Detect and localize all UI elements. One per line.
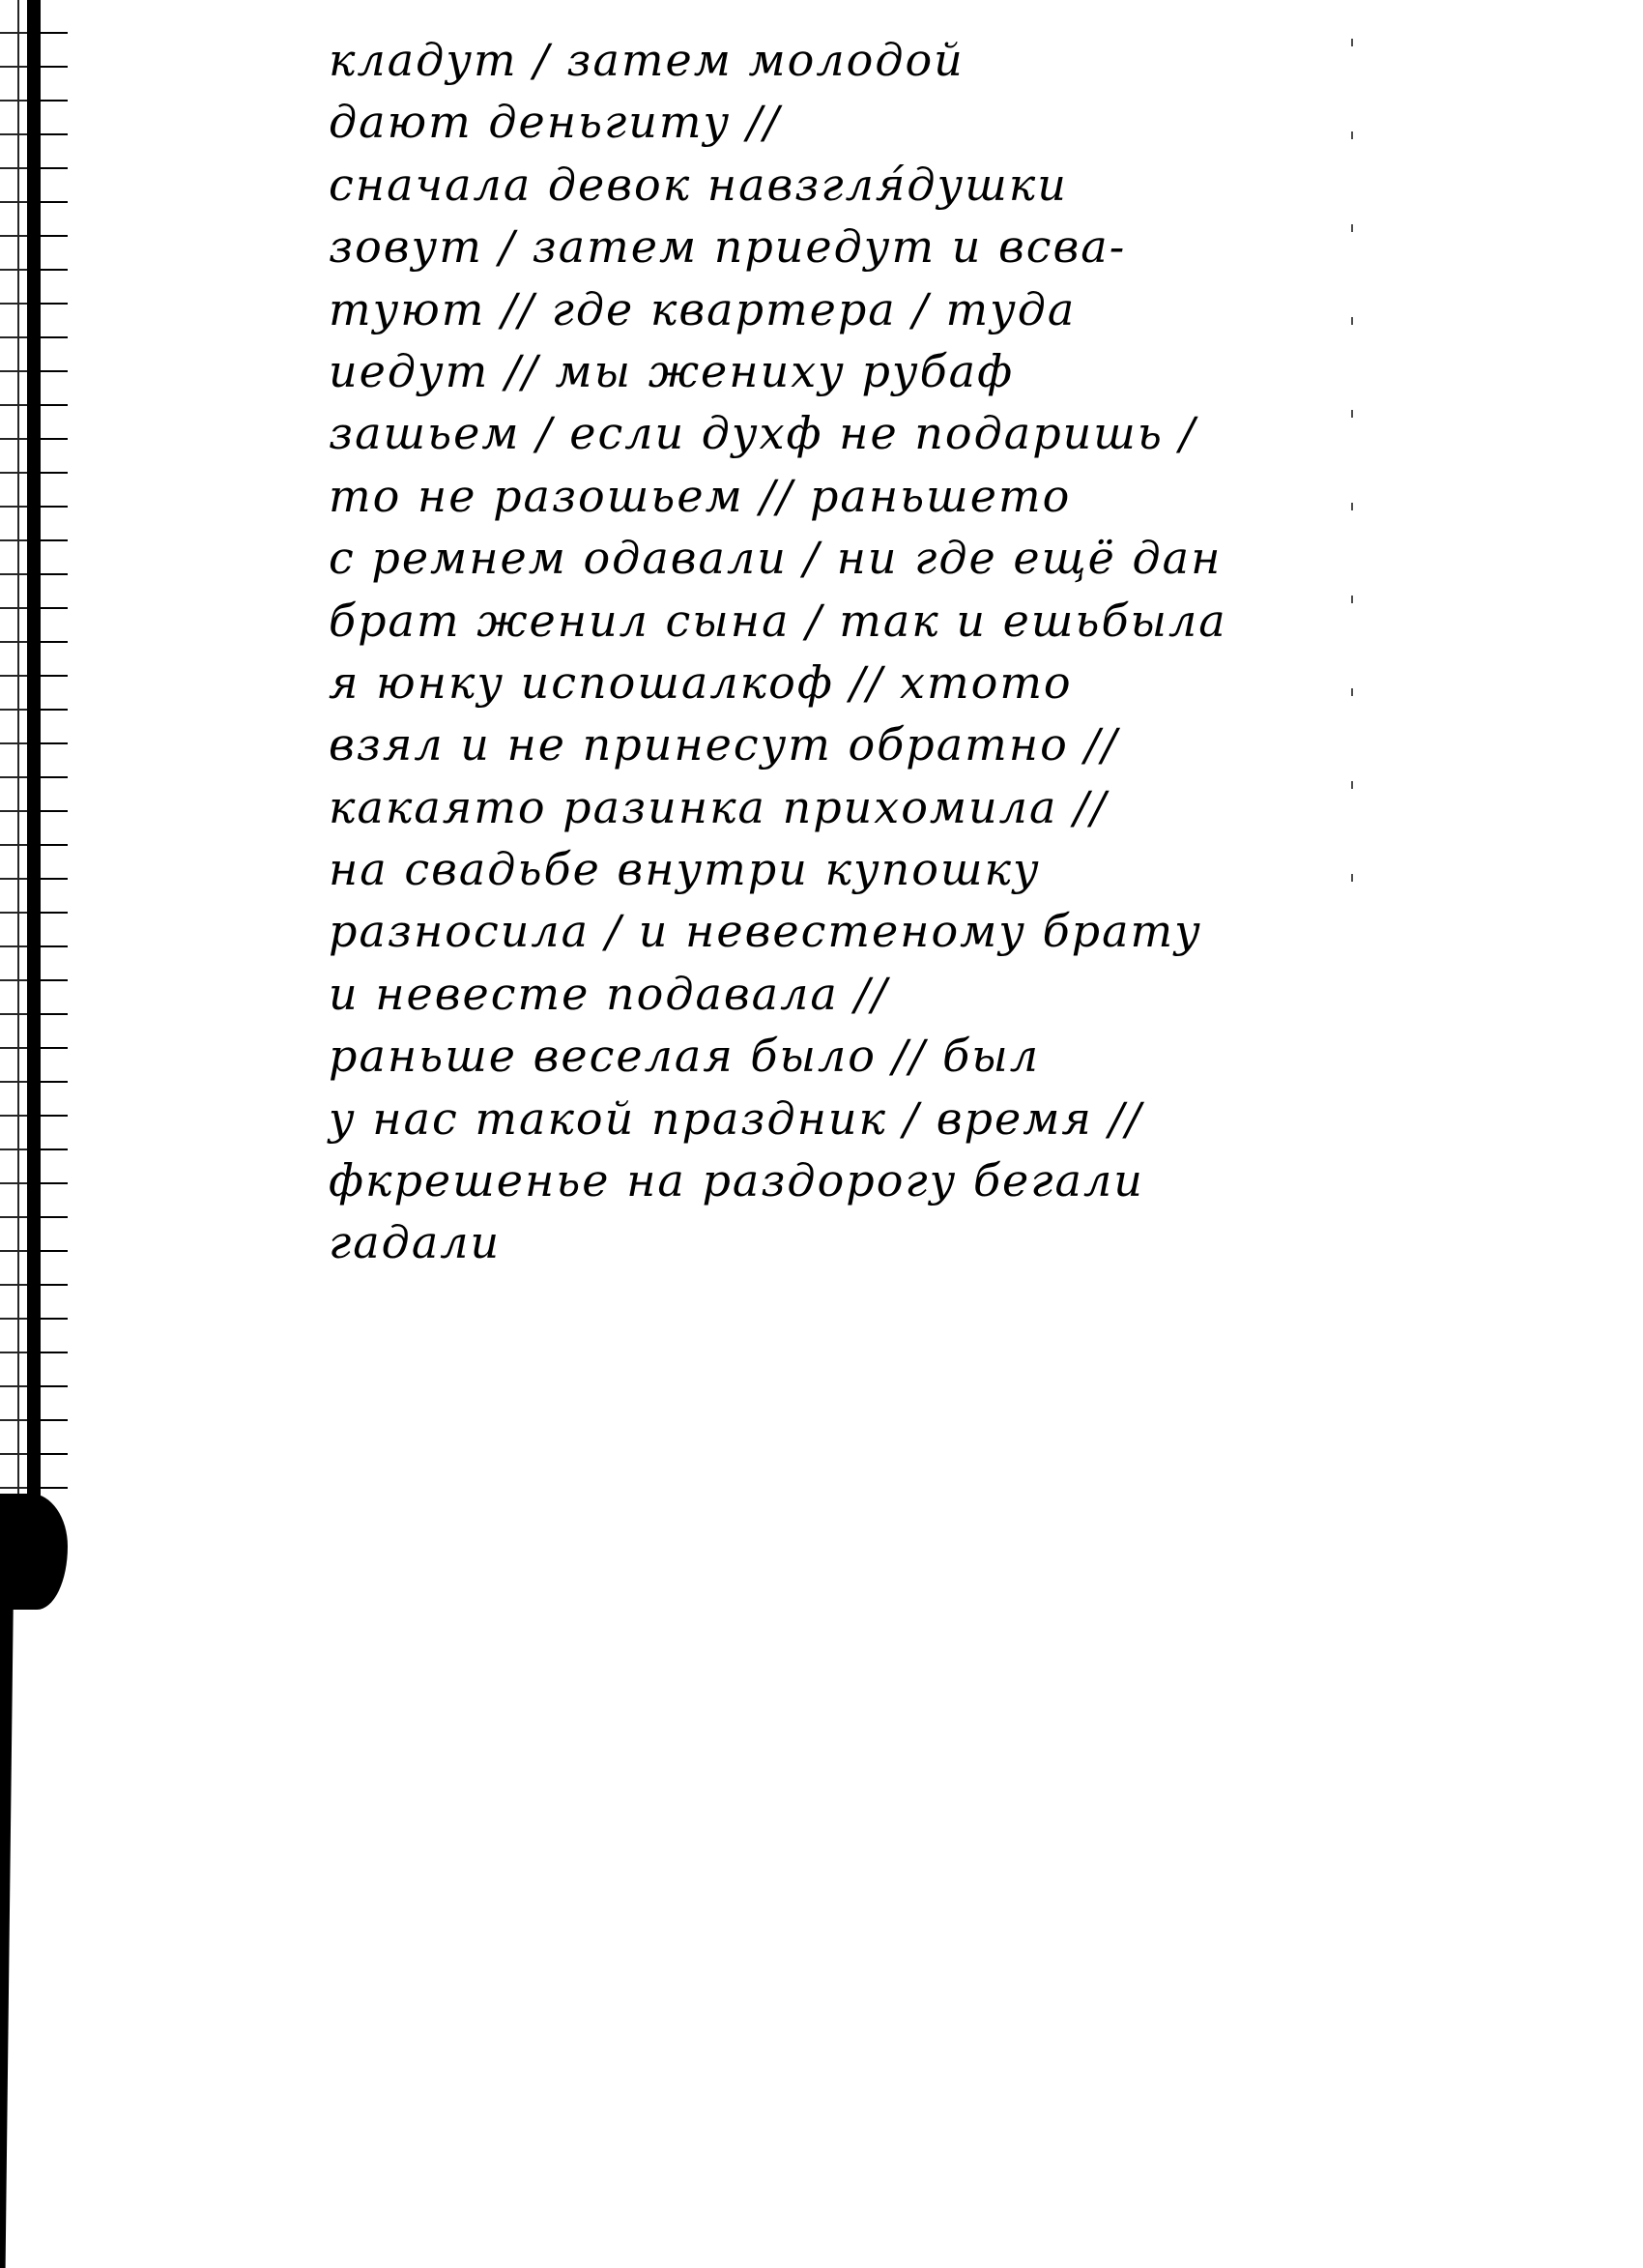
text-line: зашьем / если духф не подаришь / (329, 402, 1314, 464)
binding-lower-edge (0, 1585, 14, 2268)
text-line: брат женил сына / так и ешьбыла (329, 590, 1314, 652)
text-line: с ремнем одавали / ни где ещё дан (329, 527, 1314, 589)
text-line: у нас такой праздник / время // (329, 1088, 1314, 1149)
text-line: разносила / и невестеному брату (329, 900, 1314, 962)
binding-ruled-ticks (39, 0, 68, 1508)
text-line: кладут / затем молодой (329, 29, 1314, 91)
handwritten-text-block: кладут / затем молодой дают деньгиту // … (329, 29, 1314, 1274)
text-line: то не разошьем // раньшето (329, 465, 1314, 527)
text-line: сначала девок навзгля́душки (329, 154, 1314, 216)
text-line: иедут // мы жениху рубаф (329, 340, 1314, 402)
text-line: взял и не принесут обратно // (329, 713, 1314, 775)
text-line: гадали (329, 1211, 1314, 1273)
text-line: и невесте подавала // (329, 963, 1314, 1025)
text-line: на свадьбе внутри купошку (329, 838, 1314, 900)
text-line: раньше веселая было // был (329, 1025, 1314, 1087)
text-line: дают деньгиту // (329, 91, 1314, 153)
text-line: я юнку испошалкоф // хтото (329, 652, 1314, 713)
text-line: туют // где квартера / туда (329, 278, 1314, 340)
text-line: зовут / затем приедут и всва- (329, 216, 1314, 277)
text-line: какаято разинка прихомила // (329, 776, 1314, 838)
text-line: фкрешенье на раздорогу бегали (329, 1149, 1314, 1211)
right-margin-dashes (1351, 0, 1353, 967)
